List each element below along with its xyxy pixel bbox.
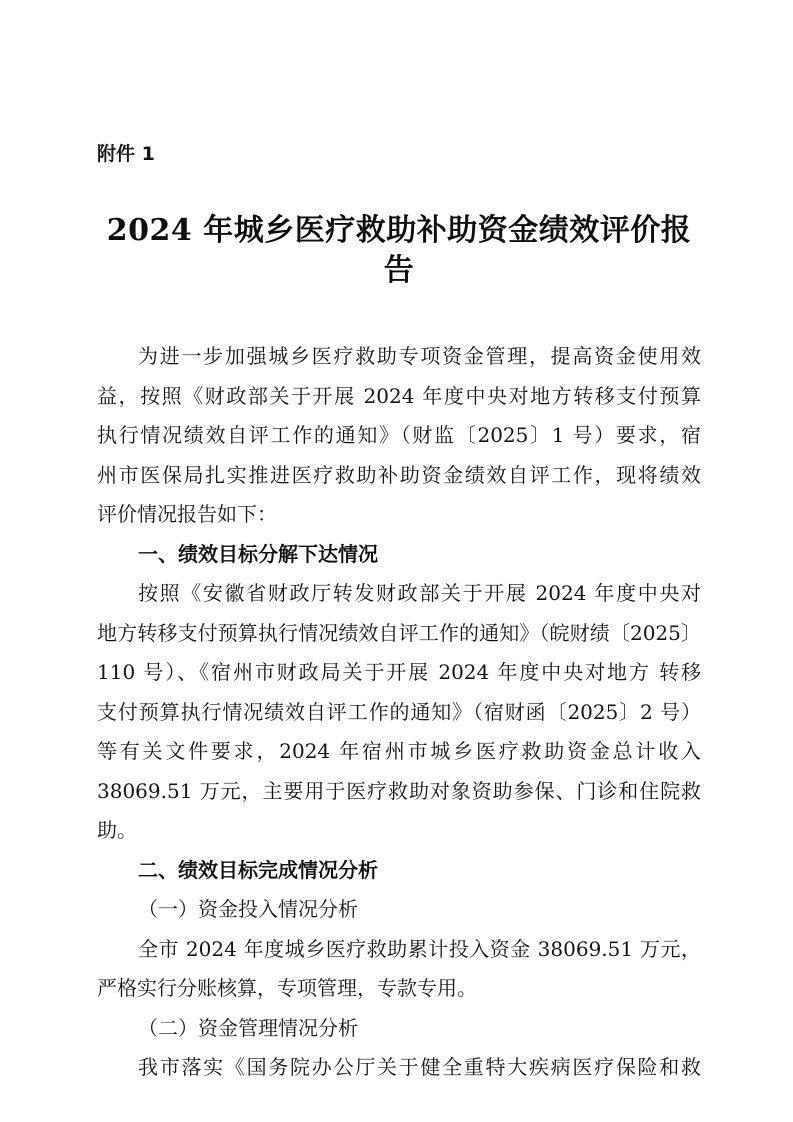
paragraph-line: 支付预算执行情况绩效自评工作的通知》（宿财函〔2025〕2 号） [97,693,701,733]
paragraph-line: 执行情况绩效自评工作的通知》（财监〔2025〕1 号）要求，宿 [97,416,701,456]
paragraph-line: 地方转移支付预算执行情况绩效自评工作的通知》（皖财绩〔2025〕 [97,614,701,654]
paragraph-line: 等有关文件要求，2024 年宿州市城乡医疗救助资金总计收入 [97,732,701,772]
document-page: 附件 1 2024 年城乡医疗救助补助资金绩效评价报告 为进一步加强城乡医疗救助… [0,0,793,1122]
paragraph-line: 益，按照《财政部关于开展 2024 年度中央对地方转移支付预算 [97,377,701,417]
paragraph-line: 110 号）、《宿州市财政局关于开展 2024 年度中央对地方 转移 [97,653,701,693]
paragraph-line: 州市医保局扎实推进医疗救助补助资金绩效自评工作，现将绩效 [97,456,701,496]
paragraph-line: 38069.51 万元，主要用于医疗救助对象资助参保、门诊和住院救 [97,772,701,812]
paragraph-line: 我市落实《国务院办公厅关于健全重特大疾病医疗保险和救 [97,1048,701,1088]
subsection-heading-1: （一）资金投入情况分析 [97,890,701,930]
paragraph-line: 评价情况报告如下： [97,495,701,535]
paragraph-line: 全市 2024 年度城乡医疗救助累计投入资金 38069.51 万元， [97,930,701,970]
paragraph-line: 严格实行分账核算，专项管理，专款专用。 [97,969,701,1009]
attachment-label: 附件 1 [97,143,701,165]
section-heading-2: 二、绩效目标完成情况分析 [97,851,701,891]
paragraph-line: 为进一步加强城乡医疗救助专项资金管理，提高资金使用效 [97,337,701,377]
subsection-heading-2: （二）资金管理情况分析 [97,1009,701,1049]
document-title: 2024 年城乡医疗救助补助资金绩效评价报告 [97,211,701,291]
paragraph-line: 助。 [97,811,701,851]
section-heading-1: 一、绩效目标分解下达情况 [97,535,701,575]
paragraph-line: 按照《安徽省财政厅转发财政部关于开展 2024 年度中央对 [97,574,701,614]
document-body: 为进一步加强城乡医疗救助专项资金管理，提高资金使用效 益，按照《财政部关于开展 … [97,337,701,1088]
